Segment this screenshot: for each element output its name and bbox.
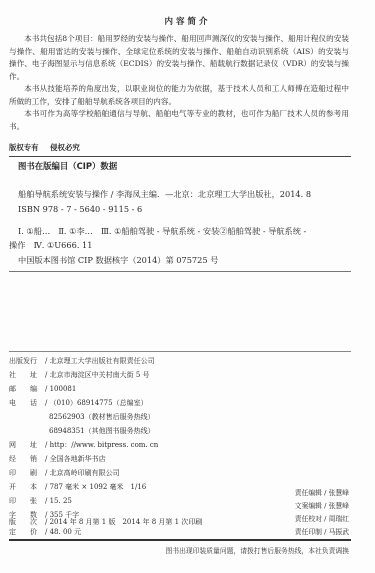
copyright-page: 内容简介 本书共包括8个项目：船用罗经的安装与操作、船用回声测深仪的安装与操作、… [0, 0, 375, 573]
pub-row: 开 本/ 787 毫米 × 1092 毫米 1/16 [9, 482, 146, 492]
pub-label: 印 张 [9, 496, 45, 506]
rights-statement: 版权专有 侵权必究 [9, 142, 89, 153]
summary-paragraph-3: 本书可作为高等学校船舶通信与导航、船舶电气等专业的教材，也可作为船厂技术人员的参… [9, 108, 349, 133]
cip-classification-cont: 操作 Ⅳ. ①U666. 11 [9, 240, 92, 251]
pub-label: 定 价 [9, 527, 45, 537]
pub-row: 印 刷/ 北京高岭印刷有限公司 [9, 468, 120, 478]
pub-label: 电 话 [9, 398, 45, 408]
cip-title: 图书在版编目（CIP）数据 [18, 160, 117, 172]
pub-value: 北京高岭印刷有限公司 [50, 469, 120, 477]
divider-top [9, 156, 351, 157]
pub-label: 网 址 [9, 440, 45, 450]
pub-label: 社 址 [9, 370, 45, 380]
pub-row: 经 销/ 全国各地新华书店 [9, 454, 106, 464]
pub-value: 82562903（教材售后服务热线） [49, 413, 155, 421]
divider-bottom [9, 539, 351, 541]
pub-row: 印 张/ 15. 25 [9, 496, 72, 506]
pub-value: 100081 [50, 385, 77, 393]
cip-record-number: 中国版本图书馆 CIP 数据核字（2014）第 075725 号 [18, 255, 218, 266]
pub-label: 出版发行 [9, 356, 45, 366]
pub-value: 2014 年 8 月第 1 版 2014 年 8 月第 1 次印刷 [50, 518, 203, 526]
pub-label: 邮 编 [9, 384, 45, 394]
pub-row: 68948351（其他图书服务热线） [49, 426, 155, 436]
credit-proofreader: 责任校对 / 周瑞红 [295, 513, 349, 523]
pub-row: 电 话/ （010）68914775（总编室） [9, 398, 148, 408]
credit-print-manager: 责任印制 / 马振武 [295, 526, 349, 536]
pub-value: （010）68914775（总编室） [50, 399, 148, 407]
pub-value: 48. 00 元 [50, 528, 82, 536]
pub-value: 北京理工大学出版社有限责任公司 [50, 357, 155, 365]
pub-row: 出版发行/ 北京理工大学出版社有限责任公司 [9, 356, 155, 366]
rights-reserved: 版权专有 [9, 143, 39, 152]
cip-isbn: ISBN 978 - 7 - 5640 - 9115 - 6 [18, 204, 142, 214]
pub-value: 68948351（其他图书服务热线） [49, 427, 155, 435]
pub-label: 版 次 [9, 517, 45, 527]
pub-value: 15. 25 [50, 497, 72, 505]
pub-label: 开 本 [9, 482, 45, 492]
pub-value: 北京市海淀区中关村南大街 5 号 [50, 371, 150, 379]
credit-copy-editor: 文案编辑 / 张慧峰 [295, 500, 349, 510]
pub-row: 82562903（教材售后服务热线） [49, 412, 155, 422]
pub-row: 定 价/ 48. 00 元 [9, 527, 81, 537]
summary-paragraph-2: 本书从技能培养的角度出发，以职业岗位的能力为依据，基于技术人员和工人师傅在造船过… [9, 83, 349, 108]
credit-editor: 责任编辑 / 张慧峰 [295, 487, 349, 497]
cip-classification: Ⅰ. ①船… Ⅱ. ①李… Ⅲ. ①船舶驾驶 - 导航系统 - 安装②船舶驾驶 … [18, 226, 306, 237]
pub-row: 社 址/ 北京市海淀区中关村南大街 5 号 [9, 370, 150, 380]
summary-title: 内容简介 [0, 15, 375, 27]
pub-value: 全国各地新华书店 [50, 455, 106, 463]
pub-value: http：//www. bitpress. com. cn [50, 441, 159, 449]
pub-label: 印 刷 [9, 468, 45, 478]
quality-notice: 图书出现印装质量问题，请拨打售后服务热线，本社负责调换 [165, 545, 349, 555]
pub-row: 版 次/ 2014 年 8 月第 1 版 2014 年 8 月第 1 次印刷 [9, 517, 202, 527]
divider-publication [9, 351, 351, 352]
piracy-warning: 侵权必究 [50, 143, 80, 152]
pub-row: 网 址/ http：//www. bitpress. com. cn [9, 440, 158, 450]
divider-cip [9, 271, 351, 272]
pub-value: 787 毫米 × 1092 毫米 1/16 [50, 483, 147, 491]
pub-label: 经 销 [9, 454, 45, 464]
pub-row: 邮 编/ 100081 [9, 384, 76, 394]
summary-paragraph-1: 本书共包括8个项目：船用罗经的安装与操作、船用回声测深仪的安装与操作、船用计程仪… [9, 33, 349, 83]
cip-title-line: 船舶导航系统安装与操作 / 李海凤主编．—北京：北京理工大学出版社，2014. … [18, 189, 311, 200]
